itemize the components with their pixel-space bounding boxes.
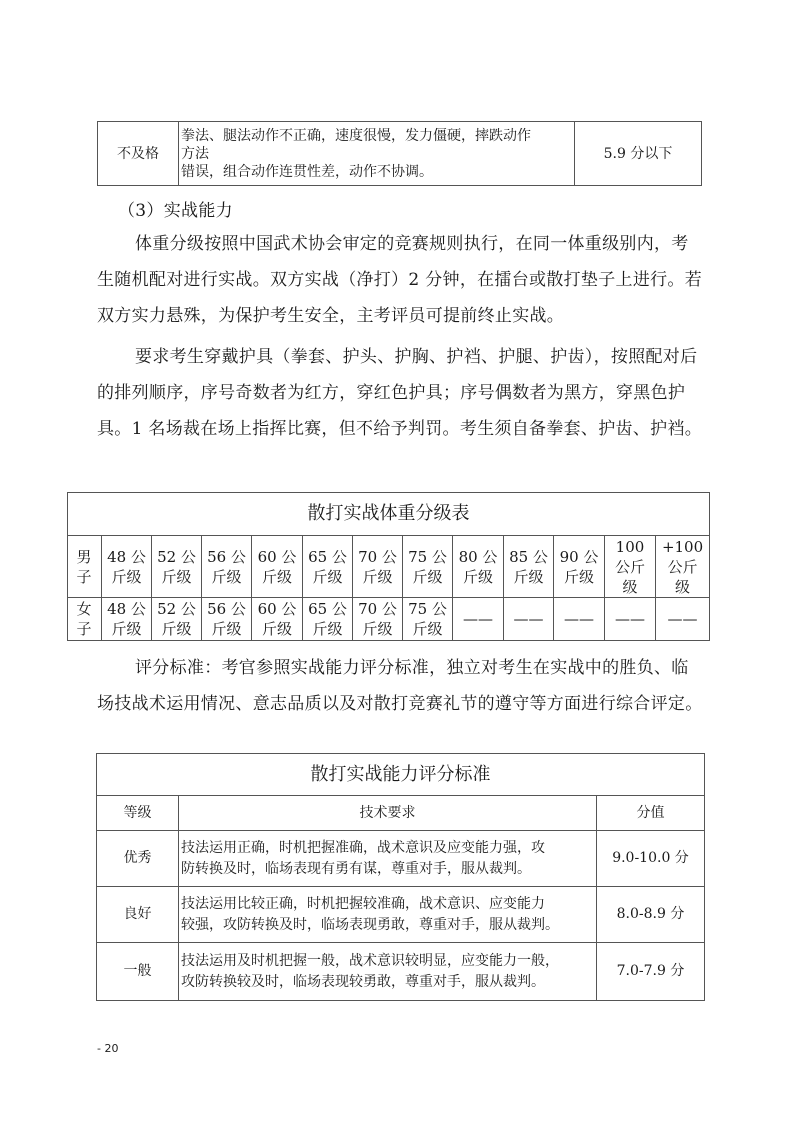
table-row: 不及格 拳法、腿法动作不正确，速度很慢，发力僵硬，摔跌动作 方法 错误，组合动作… [98,122,702,186]
level-cell: 优秀 [97,831,179,887]
weight-cell: 65 公斤级 [303,598,353,641]
gender-label-female: 女子 [68,598,102,641]
score-cell: 8.0-8.9 分 [597,887,705,943]
weight-cell: 80 公斤级 [453,536,504,598]
table-row: 优秀 技法运用正确，时机把握准确，战术意识及应变能力强，攻 防转换及时，临场表现… [97,831,705,887]
header-score: 分值 [597,796,705,831]
weight-cell: 56 公斤级 [202,536,252,598]
score-cell: 7.0-7.9 分 [597,943,705,1001]
weight-cell: 90 公斤级 [554,536,605,598]
weight-cell: 56 公斤级 [202,598,252,641]
header-level: 等级 [97,796,179,831]
fail-level-table: 不及格 拳法、腿法动作不正确，速度很慢，发力僵硬，摔跌动作 方法 错误，组合动作… [97,121,702,186]
level-cell: 一般 [97,943,179,1001]
empty-cell: —— [605,598,656,641]
weight-cell: 70 公斤级 [353,536,403,598]
weight-cell: 100公斤级 [605,536,656,598]
gender-label-male: 男子 [68,536,102,598]
scoring-table-title: 散打实战能力评分标准 [97,754,705,796]
requirement-cell: 技法运用比较正确，时机把握较准确，战术意识、应变能力 较强，攻防转换及时，临场表… [179,887,597,943]
score-cell: 9.0-10.0 分 [597,831,705,887]
dash: —— [514,610,544,628]
empty-cell: —— [453,598,504,641]
weight-cell: 85 公斤级 [504,536,554,598]
weight-cell: +100公斤级 [656,536,710,598]
header-requirement: 技术要求 [179,796,597,831]
section-heading: （3）实战能力 [118,195,726,227]
table-row: 良好 技法运用比较正确，时机把握较准确，战术意识、应变能力 较强，攻防转换及时，… [97,887,705,943]
requirement-line: 错误，组合动作连贯性差，动作不协调。 [181,163,574,181]
dash: —— [564,610,594,628]
weight-cell: 75 公斤级 [403,536,453,598]
level-cell: 不及格 [98,122,179,186]
dash: —— [615,610,645,628]
requirement-line: 拳法、腿法动作不正确，速度很慢，发力僵硬，摔跌动作 [181,127,574,145]
weight-cell: 52 公斤级 [152,536,202,598]
table-row-male: 男子 48 公斤级 52 公斤级 56 公斤级 60 公斤级 65 公斤级 70… [68,536,710,598]
requirement-cell: 技法运用正确，时机把握准确，战术意识及应变能力强，攻 防转换及时，临场表现有勇有… [179,831,597,887]
dash: —— [668,610,698,628]
weight-cell: 48 公斤级 [102,536,152,598]
page-number: - 20 [97,1042,118,1055]
weight-cell: 75 公斤级 [403,598,453,641]
empty-cell: —— [656,598,710,641]
weight-cell: 48 公斤级 [102,598,152,641]
weight-cell: 60 公斤级 [252,598,303,641]
weight-class-table: 散打实战体重分级表 男子 48 公斤级 52 公斤级 56 公斤级 60 公斤级… [67,492,710,641]
paragraph-scoring-standard: 评分标准：考官参照实战能力评分标准，独立对考生在实战中的胜负、临场技战术运用情况… [97,650,705,722]
empty-cell: —— [504,598,554,641]
requirement-cell: 拳法、腿法动作不正确，速度很慢，发力僵硬，摔跌动作 方法 错误，组合动作连贯性差… [179,122,575,186]
score-cell: 5.9 分以下 [575,122,702,186]
weight-cell: 65 公斤级 [303,536,353,598]
weight-table-title: 散打实战体重分级表 [68,493,710,536]
level-cell: 良好 [97,887,179,943]
empty-cell: —— [554,598,605,641]
table-row: 一般 技法运用及时机把握一般，战术意识较明显，应变能力一般， 攻防转换较及时，临… [97,943,705,1001]
paragraph-protective-gear: 要求考生穿戴护具（拳套、护头、护胸、护裆、护腿、护齿），按照配对后的排列顺序，序… [97,339,705,447]
dash: —— [463,610,493,628]
scoring-standard-table: 散打实战能力评分标准 等级 技术要求 分值 优秀 技法运用正确，时机把握准确，战… [96,753,705,1001]
requirement-cell: 技法运用及时机把握一般，战术意识较明显，应变能力一般， 攻防转换较及时，临场表现… [179,943,597,1001]
requirement-line: 方法 [181,145,574,163]
weight-cell: 70 公斤级 [353,598,403,641]
paragraph-weight-classes: 体重分级按照中国武术协会审定的竞赛规则执行，在同一体重级别内，考生随机配对进行实… [97,226,705,334]
weight-cell: 60 公斤级 [252,536,303,598]
table-row-female: 女子 48 公斤级 52 公斤级 56 公斤级 60 公斤级 65 公斤级 70… [68,598,710,641]
weight-cell: 52 公斤级 [152,598,202,641]
